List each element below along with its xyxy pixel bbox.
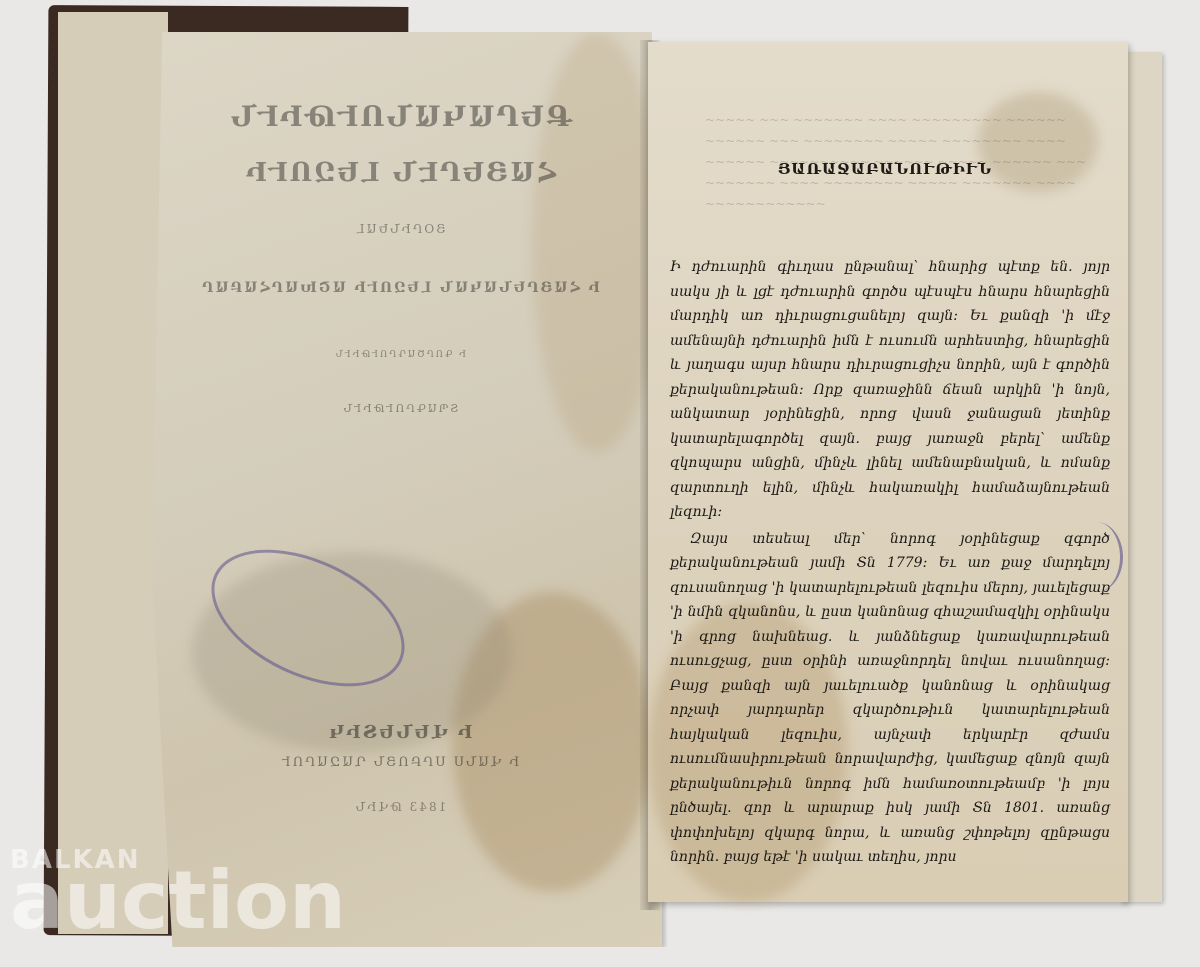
imprint-year: 1843 ԹՎԻՆ xyxy=(160,800,640,814)
page-body-text: Ի դժուարին գիւղաս ընթանալ՝ հնարից պէտք ե… xyxy=(670,255,1110,870)
title-line-4: Ի ՀԱՅՐԵՆԱԿԱՆ ԼԵԶՈՒԻ ԱՇԽԱՐՀԱԲԱՐ xyxy=(160,280,640,296)
page-block-left xyxy=(58,12,168,934)
chapter-title: ՅԱՌԱՋԱԲԱՆՈՒԹԻՒՆ xyxy=(660,160,1110,178)
title-line-6: ՏՊԱԳՐՈՒԹԻՒՆ xyxy=(160,402,640,415)
title-line-1: ՔԵՐԱԿԱՆՈՒԹԻՒՆ xyxy=(160,100,640,133)
title-line-3: ՅՕՐԻՆԵԱԼ xyxy=(160,222,640,236)
watermark-line-2: auction xyxy=(10,871,346,931)
imprint-line-1: Ի ՎԵՆԵՏԻԿ xyxy=(160,722,640,743)
paragraph-2: Զայս տեսեալ մեր՝ նորոգ յօրինեցաք զգործ ք… xyxy=(670,527,1110,870)
paragraph-1: Ի դժուարին գիւղաս ընթանալ՝ հնարից պէտք ե… xyxy=(670,255,1110,525)
stamp-arc xyxy=(1070,522,1123,592)
title-line-5: Ի ԳՈՐԾԱԴՐՈՒԹԻՒՆ xyxy=(160,350,640,360)
imprint-line-2: Ի ՎԱՆՍ ՍՐԲՈՅՆ ՂԱԶԱՐՈՒ xyxy=(160,755,640,770)
watermark: BALKAN auction xyxy=(10,845,346,931)
title-line-2: ՀԱՅԵՐԷՆ ԼԵԶՈՒԻ xyxy=(160,158,640,188)
